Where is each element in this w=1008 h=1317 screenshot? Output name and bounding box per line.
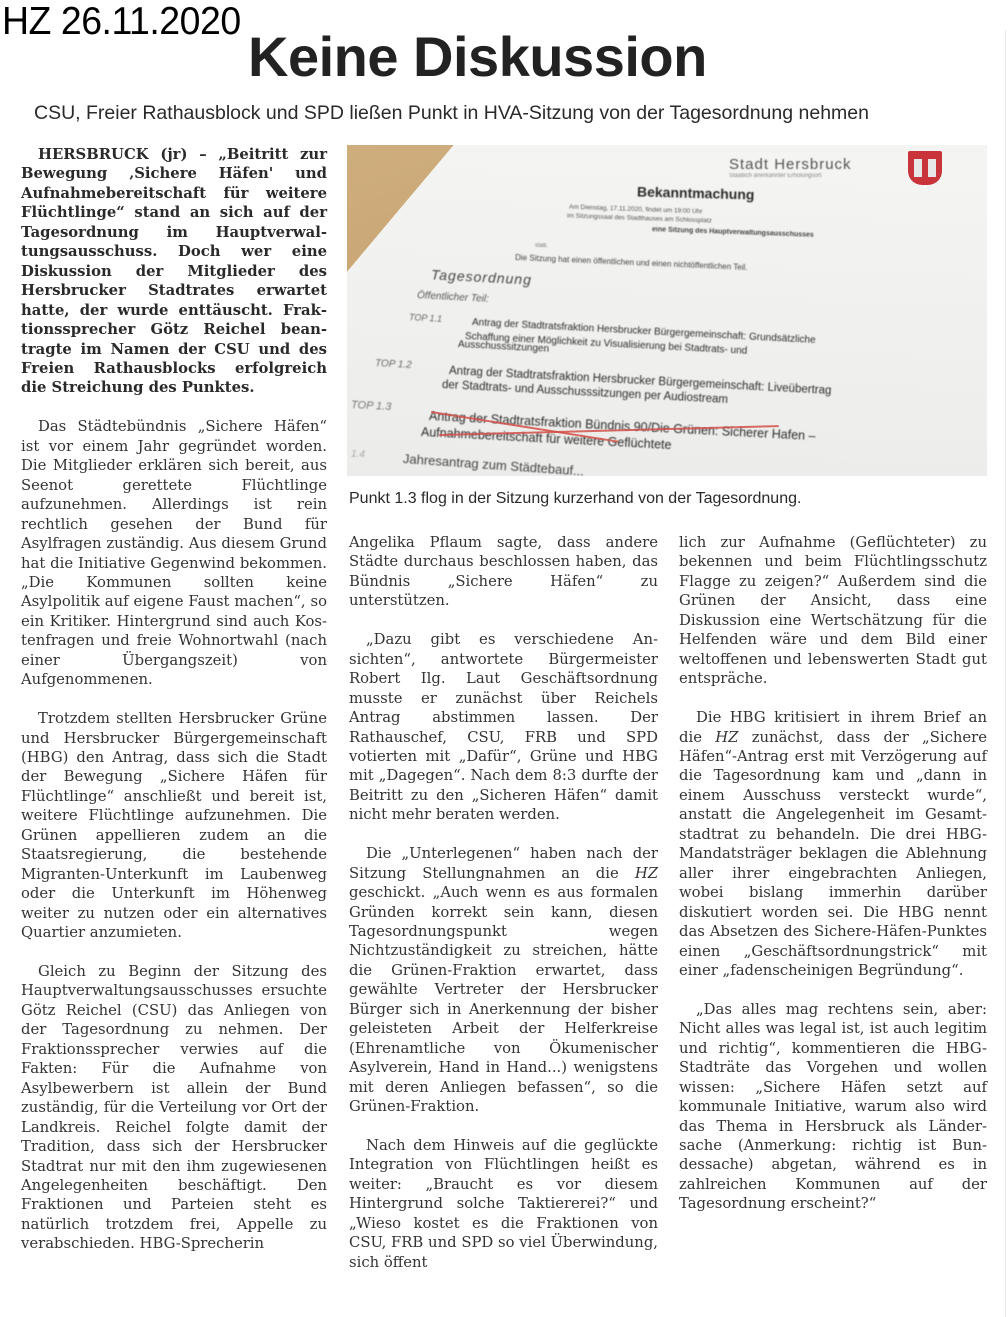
doc-line: statt. — [535, 243, 548, 249]
text-run: geschickt. „Auch wenn es aus formalen Gr… — [349, 884, 658, 1115]
page-edge-divider — [1005, 30, 1006, 1317]
paragraph: Trotzdem stellten Hersbrucker Grüne und … — [21, 709, 327, 942]
date-stamp: HZ 26.11.2020 — [2, 0, 241, 44]
city-coat-of-arms-icon — [908, 151, 942, 185]
lead-paragraph: HERSBRUCK (jr) – „Beitritt zur Bewegung … — [21, 145, 327, 398]
paragraph: Angelika Pflaum sagte, dass an­dere Städ… — [349, 533, 658, 611]
paragraph: „Dazu gibt es verschiedene An­sichten“, … — [349, 630, 658, 825]
text-run: zunächst, dass der „Si­chere Häfen“-Antr… — [679, 729, 987, 979]
article-column-1: HERSBRUCK (jr) – „Beitritt zur Bewegung … — [21, 145, 327, 1254]
doc-org-sub: Staatlich anerkannter Erholungsort — [729, 173, 821, 179]
article-column-3: lich zur Aufnahme (Geflüchteter) zu beke… — [679, 533, 987, 1214]
agenda-item-number: TOP 1.1 — [409, 312, 443, 324]
doc-title: Bekanntmachung — [637, 183, 755, 202]
agenda-item-number: 1.4 — [351, 449, 365, 461]
text-run: Die „Unterlegenen“ haben nach der Sitzun… — [349, 845, 658, 881]
agenda-item-number: TOP 1.2 — [375, 358, 412, 371]
doc-org: Stadt Hersbruck — [729, 156, 852, 173]
paragraph: Nach dem Hinweis auf die ge­glückte Inte… — [349, 1136, 658, 1272]
paragraph: Gleich zu Beginn der Sitzung des Hauptve… — [21, 962, 327, 1254]
photo-caption: Punkt 1.3 flog in der Sitzung kurzerhand… — [349, 490, 801, 508]
paragraph: lich zur Aufnahme (Geflüchteter) zu beke… — [679, 533, 987, 689]
newspaper-abbrev: HZ — [635, 865, 658, 882]
subheadline: CSU, Freier Rathausblock und SPD ließen … — [34, 100, 869, 126]
paragraph: „Das alles mag rechtens sein, aber: Nich… — [679, 1000, 987, 1214]
headline: Keine Diskussion — [248, 26, 707, 88]
article-photo: Stadt Hersbruck Staatlich anerkannter Er… — [347, 145, 987, 476]
agenda-item-number: TOP 1.3 — [351, 399, 392, 413]
paragraph: Die „Unterlegenen“ haben nach der Sitzun… — [349, 844, 658, 1116]
paragraph: Das Städtebündnis „Sichere Hä­fen“ ist v… — [21, 417, 327, 689]
article-column-2: Angelika Pflaum sagte, dass an­dere Städ… — [349, 533, 658, 1272]
paragraph: Die HBG kritisiert in ihrem Brief an die… — [679, 708, 987, 980]
newspaper-abbrev: HZ — [715, 729, 738, 746]
